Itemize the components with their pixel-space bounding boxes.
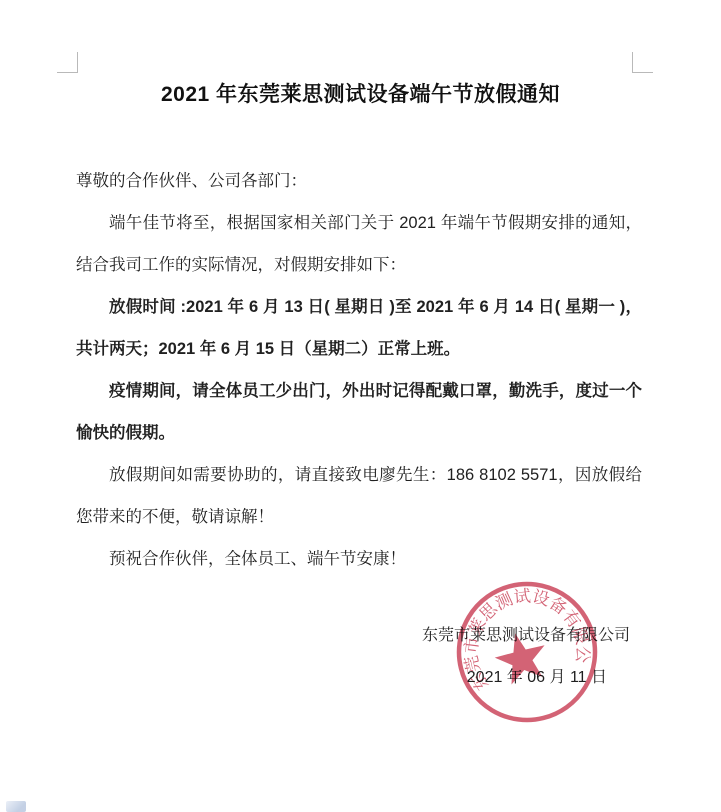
paragraph-contact-info: 放假期间如需要协助的，请直接致电廖先生：186 8102 5571，因放假给您带…: [76, 454, 642, 538]
document-page: 2021 年东莞莱思测试设备端午节放假通知 尊敬的合作伙伴、公司各部门： 端午佳…: [0, 0, 721, 812]
notice-body[interactable]: 尊敬的合作伙伴、公司各部门： 端午佳节将至，根据国家相关部门关于 2021 年端…: [76, 160, 642, 580]
margin-crop-mark-top-left: [57, 52, 78, 73]
corner-smudge: [6, 801, 26, 812]
margin-crop-mark-top-right: [632, 52, 653, 73]
company-seal-stamp: 东莞市莱思测试设备有限公司: [447, 572, 607, 732]
stamp-ring: [447, 572, 607, 732]
notice-title: 2021 年东莞莱思测试设备端午节放假通知: [0, 78, 721, 108]
paragraph-holiday-dates: 放假时间 :2021 年 6 月 13 日( 星期日 )至 2021 年 6 月…: [76, 286, 642, 370]
signature-company-name: 东莞市莱思测试设备有限公司: [422, 622, 630, 645]
paragraph-wishes: 预祝合作伙伴，全体员工、端午节安康！: [76, 538, 642, 580]
signature-date: 2021 年 06 月 11 日: [467, 664, 607, 687]
paragraph-epidemic-advice: 疫情期间，请全体员工少出门，外出时记得配戴口罩，勤洗手，度过一个愉快的假期。: [76, 370, 642, 454]
paragraph-intro: 端午佳节将至，根据国家相关部门关于 2021 年端午节假期安排的通知，结合我司工…: [76, 202, 642, 286]
salutation-line: 尊敬的合作伙伴、公司各部门：: [76, 160, 642, 202]
